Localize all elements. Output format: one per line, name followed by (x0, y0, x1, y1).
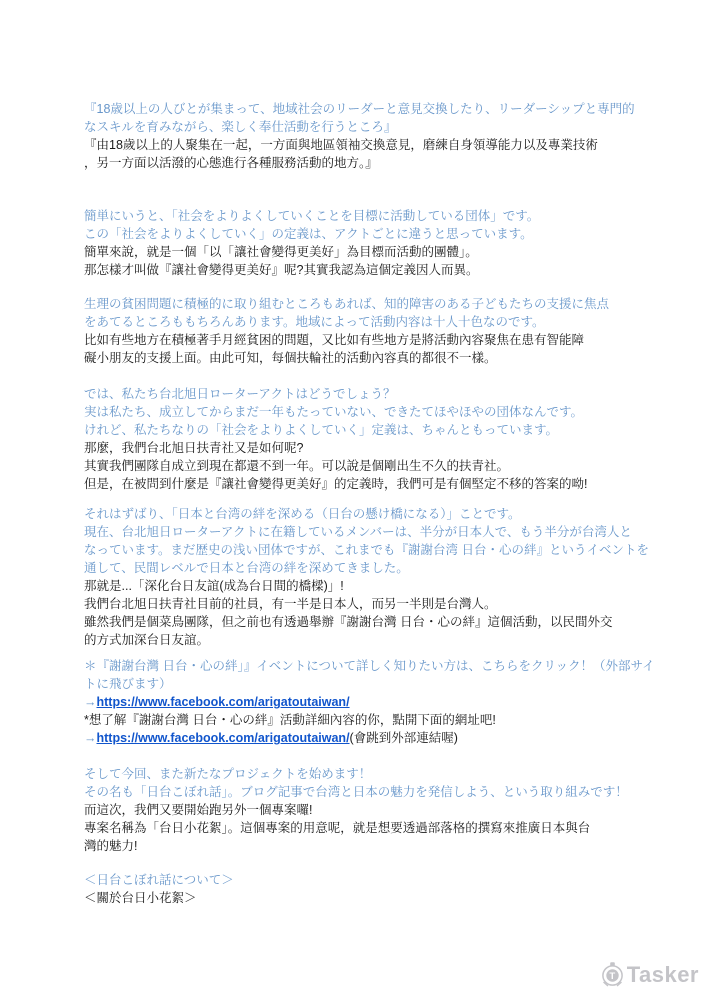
text-line-ja: 実は私たち、成立してからまだ一年もたっていない、できたてほやほやの団体なんです。 (84, 403, 664, 421)
text-line-zh: *想了解『謝謝台灣 日台・心の絆』活動詳細內容的你，點開下面的網址吧! (84, 711, 664, 729)
tasker-watermark: T Tasker (599, 961, 699, 988)
text-line-ja: 生理の貧困問題に積極的に取り組むところもあれば、知的障害のある子どもたちの支援に… (84, 295, 664, 313)
facebook-link[interactable]: https://www.facebook.com/arigatoutaiwan/ (97, 695, 350, 709)
text-line-ja: 『18歳以上の人びとが集まって、地域社会のリーダーと意見交換したり、リーダーシッ… (84, 100, 664, 118)
page-background: 『18歳以上の人びとが集まって、地域社会のリーダーと意見交換したり、リーダーシッ… (0, 0, 707, 1000)
text-line-ja: なっています。まだ歴史の浅い団体ですが、これまでも『謝謝台湾 日台・心の絆』とい… (84, 541, 664, 559)
text-line-ja: その名も「日台こぼれ話」。ブログ記事で台湾と日本の魅力を発信しよう、という取り組… (84, 783, 664, 801)
paragraph-our-club: では、私たち台北旭日ローターアクトはどうでしょう？実は私たち、成立してからまだ一… (84, 385, 664, 493)
text-segment: (會跳到外部連結喔) (350, 731, 458, 745)
text-line-zh: ，另一方面以活潑的心態進行各種服務活動的地方。』 (84, 154, 664, 172)
text-line-ja: この「社会をよりよくしていく」の定義は、アクトごとに違うと思っています。 (84, 225, 664, 243)
text-line-ja: なスキルを育みながら、楽しく奉仕活動を行うところ』 (84, 118, 664, 136)
svg-text:T: T (609, 971, 615, 982)
text-line-zh: 那就是...「深化台日友誼(成為台日間的橋樑)」! (84, 577, 664, 595)
text-line-ja: ＜日台こぼれ話について＞ (84, 871, 664, 889)
text-line-mixed: →https://www.facebook.com/arigatoutaiwan… (84, 693, 664, 711)
text-line-zh: 礙小朋友的支援上面。由此可知，每個扶輪社的活動內容真的都很不一樣。 (84, 349, 664, 367)
text-line-zh: 而這次，我們又要開始跑另外一個專案囉! (84, 801, 664, 819)
text-line-ja: それはずばり、「日本と台湾の絆を深める（日台の懸け橋になる）」ことです。 (84, 505, 664, 523)
text-line-ja: 現在、台北旭日ローターアクトに在籍しているメンバーは、半分が日本人で、もう半分が… (84, 523, 664, 541)
paragraph-new-project: そして今回、また新たなプロジェクトを始めます！その名も「日台こぼれ話」。ブログ記… (84, 765, 664, 855)
paragraph-event-links: ＊『謝謝台灣 日台・心の絆」』イベントについて詳しく知りたい方は、こちらをクリッ… (84, 657, 664, 747)
paragraph-our-mission: それはずばり、「日本と台湾の絆を深める（日台の懸け橋になる）」ことです。現在、台… (84, 505, 664, 649)
paragraph-simply-put: 簡単にいうと、「社会をよりよくしていくことを目標に活動している団体」です。この「… (84, 207, 664, 279)
text-line-ja: そして今回、また新たなプロジェクトを始めます！ (84, 765, 664, 783)
text-line-zh: 我們台北旭日扶青社目前的社員，有一半是日本人，而另一半則是台灣人。 (84, 595, 664, 613)
text-line-zh: ＜關於台日小花絮＞ (84, 889, 664, 907)
text-line-mixed: →https://www.facebook.com/arigatoutaiwan… (84, 729, 664, 747)
text-line-ja: では、私たち台北旭日ローターアクトはどうでしょう？ (84, 385, 664, 403)
document-page: { "page": {"background": "#ffffff"}, "co… (0, 0, 707, 1000)
text-line-ja: トに飛びます） (84, 675, 664, 693)
text-line-zh: 的方式加深台日友誼。 (84, 631, 664, 649)
text-line-zh: 灣的魅力! (84, 837, 664, 855)
text-line-ja: をあてるところももちろんあります。地域によって活動内容は十人十色なのです。 (84, 313, 664, 331)
tasker-logo-icon: T (599, 961, 626, 988)
text-line-zh: 但是，在被問到什麼是『讓社會變得更美好』的定義時，我們可是有個堅定不移的答案的呦… (84, 475, 664, 493)
text-line-zh: 雖然我們是個菜鳥團隊，但之前也有透過舉辦『謝謝台灣 日台・心の絆』這個活動，以民… (84, 613, 664, 631)
paragraph-section-heading: ＜日台こぼれ話について＞＜關於台日小花絮＞ (84, 871, 664, 907)
text-line-zh: 其實我們團隊自成立到現在都還不到一年。可以說是個剛出生不久的扶青社。 (84, 457, 664, 475)
text-line-ja: 簡単にいうと、「社会をよりよくしていくことを目標に活動している団体」です。 (84, 207, 664, 225)
text-line-ja: 通して、民間レベルで日本と台湾の絆を深めてきました。 (84, 559, 664, 577)
text-line-zh: 專案名稱為「台日小花絮」。這個專案的用意呢，就是想要透過部落格的撰寫來推廣日本與… (84, 819, 664, 837)
arrow-marker: → (84, 731, 97, 745)
text-line-ja: けれど、私たちなりの「社会をよりよくしていく」定義は、ちゃんともっています。 (84, 421, 664, 439)
text-line-ja: ＊『謝謝台灣 日台・心の絆」』イベントについて詳しく知りたい方は、こちらをクリッ… (84, 657, 664, 675)
text-line-zh: 『由18歲以上的人聚集在一起，一方面與地區領袖交換意見，磨練自身領導能力以及專業… (84, 136, 664, 154)
arrow-marker: → (84, 695, 97, 709)
watermark-label: Tasker (627, 962, 699, 988)
paragraph-activities-vary: 生理の貧困問題に積極的に取り組むところもあれば、知的障害のある子どもたちの支援に… (84, 295, 664, 367)
text-line-zh: 那麼，我們台北旭日扶青社又是如何呢? (84, 439, 664, 457)
text-line-zh: 那怎樣才叫做『讓社會變得更美好』呢?其實我認為這個定義因人而異。 (84, 261, 664, 279)
paragraph-rotaract-definition: 『18歳以上の人びとが集まって、地域社会のリーダーと意見交換したり、リーダーシッ… (84, 100, 664, 172)
text-line-zh: 簡單來說，就是一個「以「讓社會變得更美好」為目標而活動的團體」。 (84, 243, 664, 261)
facebook-link[interactable]: https://www.facebook.com/arigatoutaiwan/ (97, 731, 350, 745)
text-line-zh: 比如有些地方在積極著手月經貧困的問題，又比如有些地方是將活動內容聚焦在患有智能障 (84, 331, 664, 349)
